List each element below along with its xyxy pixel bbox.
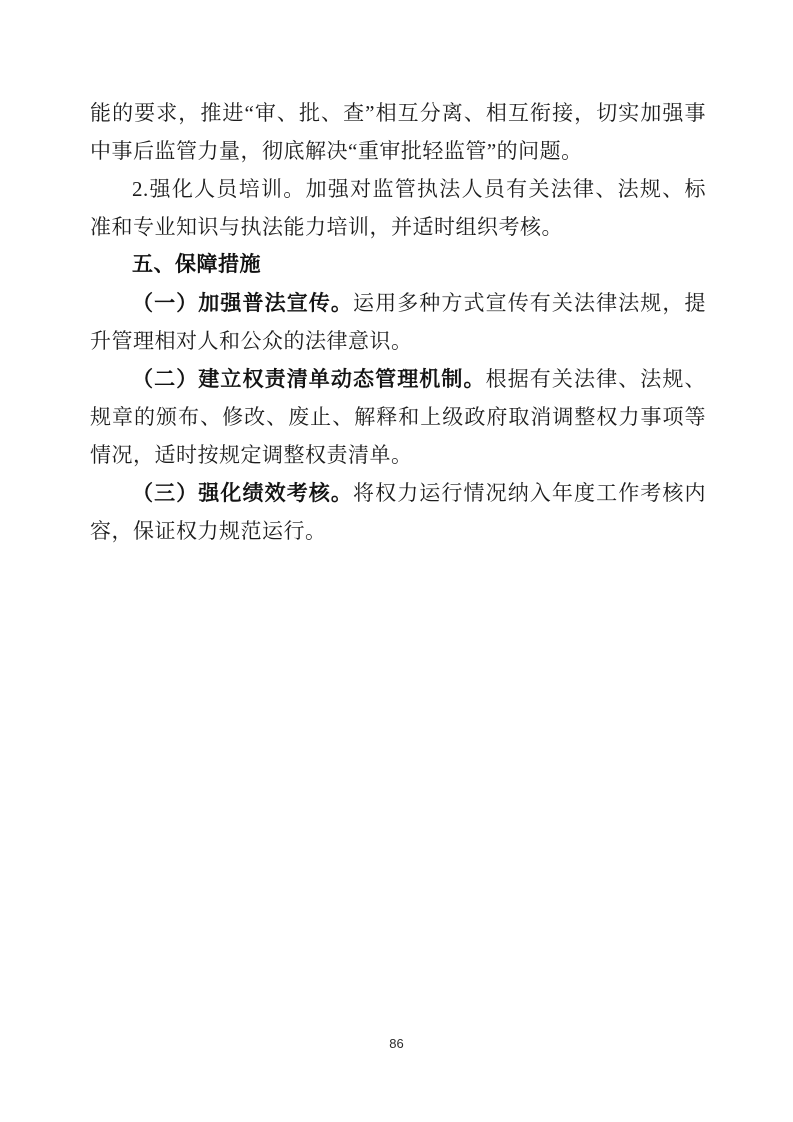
paragraph-text: 能的要求，推进“审、批、查”相互分离、相互衔接，切实加强事中事后监管力量，彻底解…	[90, 101, 706, 163]
document-content: 能的要求，推进“审、批、查”相互分离、相互衔接，切实加强事中事后监管力量，彻底解…	[90, 94, 706, 550]
paragraph: （二）建立权责清单动态管理机制。根据有关法律、法规、规章的颁布、修改、废止、解释…	[90, 360, 706, 474]
paragraph-lead: （一）加强普法宣传。	[132, 291, 353, 315]
paragraph: 2.强化人员培训。加强对监管执法人员有关法律、法规、标准和专业知识与执法能力培训…	[90, 170, 706, 246]
paragraph: （三）强化绩效考核。将权力运行情况纳入年度工作考核内容，保证权力规范运行。	[90, 474, 706, 550]
paragraph-continuation: 能的要求，推进“审、批、查”相互分离、相互衔接，切实加强事中事后监管力量，彻底解…	[90, 94, 706, 170]
paragraph-text: 2.强化人员培训。加强对监管执法人员有关法律、法规、标准和专业知识与执法能力培训…	[90, 177, 706, 239]
paragraph-lead: （二）建立权责清单动态管理机制。	[132, 367, 486, 391]
document-page: 能的要求，推进“审、批、查”相互分离、相互衔接，切实加强事中事后监管力量，彻底解…	[0, 0, 793, 1122]
paragraph: （一）加强普法宣传。运用多种方式宣传有关法律法规，提升管理相对人和公众的法律意识…	[90, 284, 706, 360]
page-number: 86	[0, 1036, 793, 1051]
paragraph-lead: （三）强化绩效考核。	[132, 481, 353, 505]
section-heading: 五、保障措施	[90, 246, 706, 284]
